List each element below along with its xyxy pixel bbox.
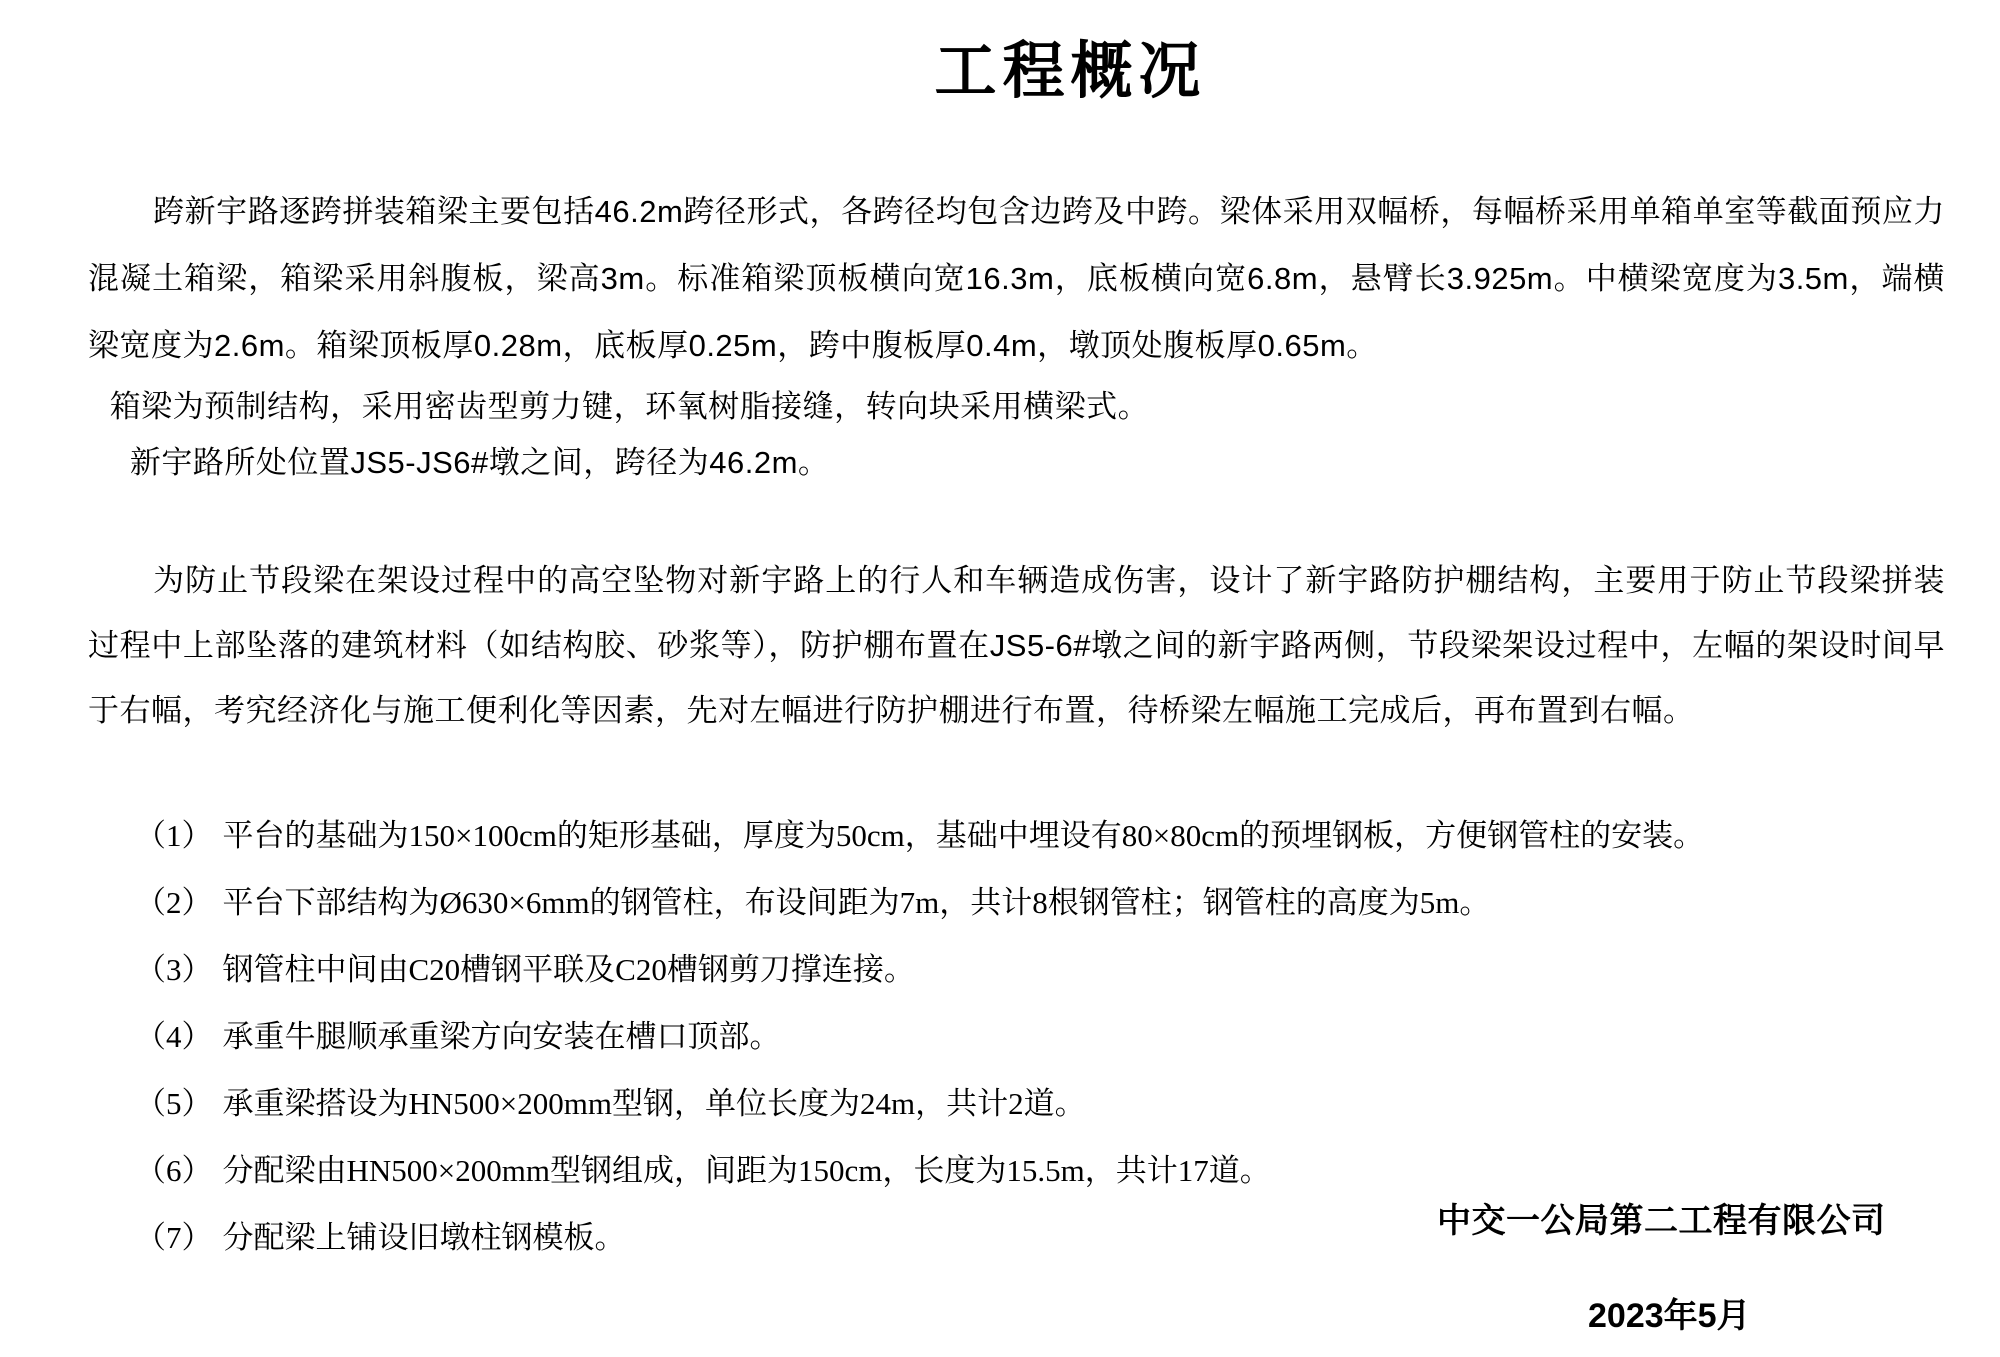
list-item-1: （1）平台的基础为150×100cm的矩形基础，厚度为50cm，基础中埋设有80…: [135, 802, 1945, 869]
list-item-number: （7）: [135, 1220, 213, 1255]
list-item-number: （3）: [135, 952, 213, 987]
page-title: 工程概况: [142, 28, 1999, 116]
list-item-text: 分配梁由HN500×200mm型钢组成，间距为150cm，长度为15.5m，共计…: [223, 1153, 1271, 1188]
list-item-text: 承重梁搭设为HN500×200mm型钢，单位长度为24m，共计2道。: [223, 1086, 1086, 1121]
list-item-number: （5）: [135, 1086, 213, 1121]
list-item-number: （6）: [135, 1153, 213, 1188]
list-item-number: （1）: [135, 818, 213, 853]
list-item-number: （4）: [135, 1019, 213, 1054]
list-item-text: 平台的基础为150×100cm的矩形基础，厚度为50cm，基础中埋设有80×80…: [223, 818, 1705, 853]
list-item-text: 平台下部结构为Ø630×6mm的钢管柱，布设间距为7m，共计8根钢管柱；钢管柱的…: [223, 885, 1491, 920]
document-page: 工程概况 跨新宇路逐跨拼装箱梁主要包括46.2m跨径形式，各跨径均包含边跨及中跨…: [0, 0, 2000, 1357]
list-item-2: （2）平台下部结构为Ø630×6mm的钢管柱，布设间距为7m，共计8根钢管柱；钢…: [135, 869, 1945, 936]
list-item-text: 承重牛腿顺承重梁方向安装在槽口顶部。: [223, 1019, 781, 1054]
list-item-text: 钢管柱中间由C20槽钢平联及C20槽钢剪刀撑连接。: [223, 952, 915, 987]
list-item-5: （5）承重梁搭设为HN500×200mm型钢，单位长度为24m，共计2道。: [135, 1070, 1945, 1137]
company-name: 中交一公局第二工程有限公司: [1437, 1193, 1886, 1242]
document-date: 2023年5月: [1588, 1288, 1751, 1337]
paragraph-precast-structure: 箱梁为预制结构，采用密齿型剪力键，环氧树脂接缝，转向块采用横梁式。: [88, 379, 1945, 435]
paragraph-girder-overview: 跨新宇路逐跨拼装箱梁主要包括46.2m跨径形式，各跨径均包含边跨及中跨。梁体采用…: [88, 178, 1945, 379]
paragraph-protection-shed: 为防止节段梁在架设过程中的高空坠物对新宇路上的行人和车辆造成伤害，设计了新宇路防…: [88, 548, 1945, 743]
list-item-4: （4）承重牛腿顺承重梁方向安装在槽口顶部。: [135, 1003, 1945, 1070]
list-item-text: 分配梁上铺设旧墩柱钢模板。: [223, 1220, 626, 1255]
list-item-3: （3）钢管柱中间由C20槽钢平联及C20槽钢剪刀撑连接。: [135, 936, 1945, 1003]
list-item-number: （2）: [135, 885, 213, 920]
paragraph-road-location: 新宇路所处位置JS5-JS6#墩之间，跨径为46.2m。: [88, 435, 1945, 491]
